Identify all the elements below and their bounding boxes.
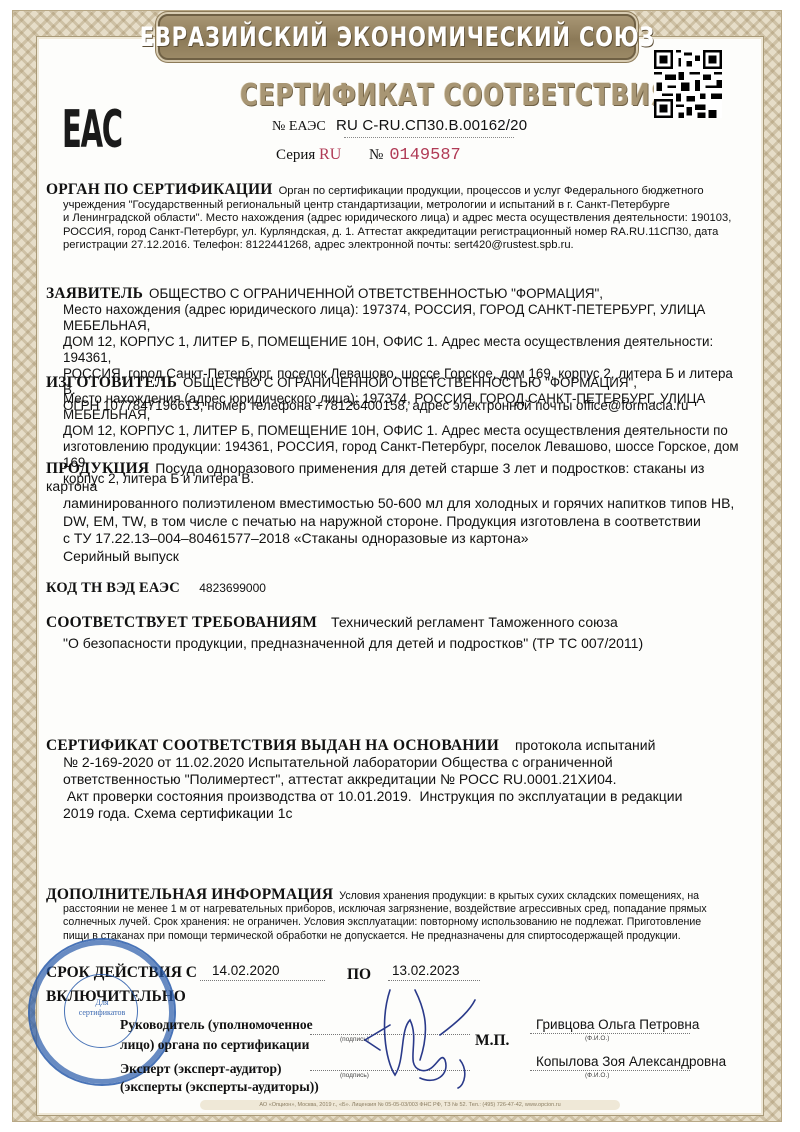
head-label-line1: Руководитель (уполномоченное [120,1014,313,1035]
expert-label-line2: (эксперты (эксперты-аудиторы)) [120,1076,319,1097]
section-heading: ОРГАН ПО СЕРТИФИКАЦИИ [46,181,273,198]
registration-underline [344,137,514,138]
section-first-line: Орган по сертификации продукции, процесс… [279,185,704,197]
validity-to-date: 13.02.2023 [392,963,460,978]
section-hs-code: КОД ТН ВЭД ЕАЭС 4823699000 [46,582,746,596]
eac-mark-icon: ЕАС [62,100,122,160]
section-heading: СЕРТИФИКАТ СООТВЕТСТВИЯ ВЫДАН НА ОСНОВАН… [46,737,499,754]
series-value: RU [319,146,341,163]
section-line: 2019 года. Схема сертификации 1с [63,805,746,822]
head-name-line [530,1033,690,1034]
handwritten-signature-icon [350,980,490,1095]
qr-code-icon [654,50,722,118]
section-line: № 2-169-2020 от 11.02.2020 Испытательной… [63,754,746,771]
section-basis: СЕРТИФИКАТ СООТВЕТСТВИЯ ВЫДАН НА ОСНОВАН… [46,737,746,822]
certificate-serial-number: 0149587 [389,146,460,165]
section-first-line: Технический регламент Таможенного союза [331,614,618,630]
section-line: и Ленинградской области". Место нахожден… [63,212,746,226]
head-full-name: Гривцова Ольга Петровна [536,1017,699,1032]
section-heading: КОД ТН ВЭД ЕАЭС [46,580,180,596]
section-line: регистрации 27.12.2016. Телефон: 8122441… [63,239,746,253]
section-line: ДОМ 12, КОРПУС 1, ЛИТЕР Б, ПОМЕЩЕНИЕ 10Н… [63,423,746,439]
section-line: ламинированного полиэтиленом вместимость… [63,495,746,513]
section-line: DW, EM, TW, в том числе с печатью на нар… [63,513,746,531]
expert-name-line [530,1070,690,1071]
section-requirements: СООТВЕТСТВУЕТ ТРЕБОВАНИЯМТехнический рег… [46,612,746,653]
hs-code-value: 4823699000 [199,581,266,595]
registration-label: № ЕАЭС [272,119,326,134]
section-line: Акт проверки состояния производства от 1… [63,788,746,805]
certificate-title: СЕРТИФИКАТ СООТВЕТСТВИЯ [240,78,560,113]
section-heading: СООТВЕТСТВУЕТ ТРЕБОВАНИЯМ [46,614,317,631]
section-heading: ИЗГОТОВИТЕЛЬ [46,374,177,391]
section-line: расстоянии не менее 1 м от нагревательны… [63,903,746,916]
section-line: ДОМ 12, КОРПУС 1, ЛИТЕР Б, ПОМЕЩЕНИЕ 10Н… [63,334,746,366]
section-product: ПРОДУКЦИЯПосуда одноразового применения … [46,460,746,565]
section-line: с ТУ 17.22.13–004–80461577–2018 «Стаканы… [63,530,746,548]
section-first-line: ОБЩЕСТВО С ОГРАНИЧЕННОЙ ОТВЕТСТВЕННОСТЬЮ… [149,286,603,301]
head-fio-caption: (Ф.И.О.) [585,1035,609,1042]
section-line: пищи в стаканах при помощи термической о… [63,930,746,943]
series-line: Серия RU №0149587 [276,146,461,165]
section-additional-info: ДОПОЛНИТЕЛЬНАЯ ИНФОРМАЦИЯУсловия хранени… [46,888,746,943]
section-line: солнечных лучей. Срок хранения: не огран… [63,916,746,929]
section-line: Место нахождения (адрес юридического лиц… [63,302,746,334]
expert-full-name: Копылова Зоя Александровна [536,1054,726,1069]
section-line: Место нахождения (адрес юридического лиц… [63,391,746,423]
expert-fio-caption: (Ф.И.О.) [585,1072,609,1079]
series-label: Серия [276,147,315,163]
registration-number: № ЕАЭС RU C-RU.СП30.В.00162/20 [272,117,527,135]
union-banner: ЕВРАЗИЙСКИЙ ЭКОНОМИЧЕСКИЙ СОЮЗ [158,14,636,60]
section-heading: ЗАЯВИТЕЛЬ [46,285,143,302]
registration-value: RU C-RU.СП30.В.00162/20 [336,117,527,134]
validity-from-underline [200,980,325,981]
section-line: Серийный выпуск [63,548,746,566]
number-label: № [369,147,383,163]
printer-imprint: АО «Опцион», Москва, 2019 г., «Б». Лицен… [200,1100,620,1110]
section-certification-body: ОРГАН ПО СЕРТИФИКАЦИИОрган по сертификац… [46,183,746,253]
section-heading: ПРОДУКЦИЯ [46,460,149,477]
stamp-center-line1: Для [70,998,134,1008]
seal-label: М.П. [475,1030,509,1051]
union-banner-text: ЕВРАЗИЙСКИЙ ЭКОНОМИЧЕСКИЙ СОЮЗ [139,22,654,53]
section-first-line: Условия хранения продукции: в крытых сух… [339,890,699,902]
section-first-line: ОБЩЕСТВО С ОГРАНИЧЕННОЙ ОТВЕТСТВЕННОСТЬЮ… [183,375,637,390]
section-first-line: протокола испытаний [515,737,655,753]
head-label-line2: лицо) органа по сертификации [120,1034,309,1055]
validity-from-date: 14.02.2020 [212,963,280,978]
section-line: ответственностью "Полимертест", аттестат… [63,771,746,788]
section-heading: ДОПОЛНИТЕЛЬНАЯ ИНФОРМАЦИЯ [46,886,333,903]
section-line: учреждения "Государственный региональный… [63,199,746,213]
section-line: "О безопасности продукции, предназначенн… [63,633,746,653]
section-line: РОССИЯ, город Санкт-Петербург, ул. Курля… [63,226,746,240]
